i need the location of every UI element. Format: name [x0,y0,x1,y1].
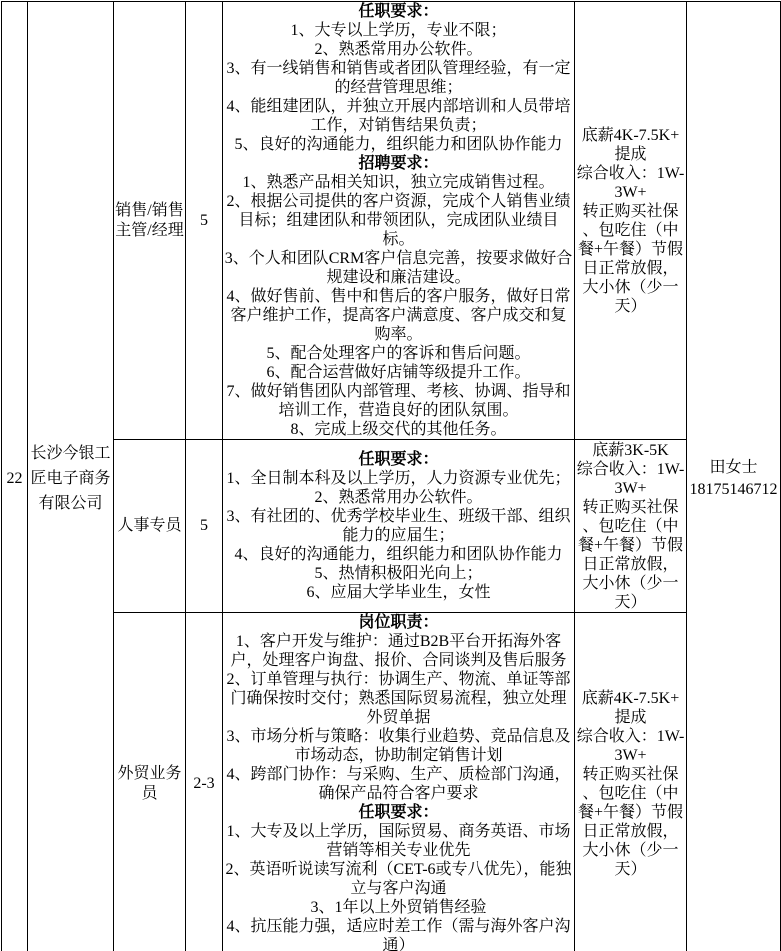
text-line: 综合收入：1W-3W+ [575,460,686,498]
contact-phone: 18175146712 [687,479,780,501]
position-cell-hr: 人事专员 [114,440,186,613]
text-line: 1、全日制本科及以上学历，人力资源专业优先； [223,469,574,488]
text-line: 4、能组建团队，并独立开展内部培训和人员带培工作，对销售结果负责； [223,97,574,135]
text-line: 3、有社团的、优秀学校毕业生、班级干部、组织能力的应届生； [223,507,574,545]
company-name-cell: 长沙今银工匠电子商务有限公司 [28,2,114,951]
text-line: 8、完成上级交代的其他任务。 [223,420,574,439]
row-number-cell: 22 [2,2,28,951]
text-line: 转正购买社保、包吃住（中餐+午餐）节假日正常放假，大小休（少一天） [575,202,686,316]
job-row-hr: 人事专员 5 任职要求：1、全日制本科及以上学历，人力资源专业优先；2、熟悉常用… [2,440,781,613]
text-line: 2、熟悉常用办公软件。 [223,40,574,59]
job-description-cell-foreign-trade: 岗位职责：1、客户开发与维护：通过B2B平台开拓海外客户，处理客户询盘、报价、合… [223,613,575,951]
text-line: 1、客户开发与维护：通过B2B平台开拓海外客户，处理客户询盘、报价、合同谈判及售… [223,632,574,670]
text-line: 1、大专及以上学历，国际贸易、商务英语、市场营销等相关专业优先 [223,822,574,860]
text-line: 4、抗压能力强，适应时差工作（需与海外客户沟通） [223,917,574,951]
headcount-cell-foreign-trade: 2-3 [186,613,223,951]
text-line: 综合收入：1W-3W+ [575,727,686,765]
text-line: 3、市场分析与策略：收集行业趋势、竞品信息及市场动态，协助制定销售计划 [223,727,574,765]
text-line: 2、熟悉常用办公软件。 [223,488,574,507]
job-listings-table: 22 长沙今银工匠电子商务有限公司 销售/销售主管/经理 5 任职要求：1、大专… [1,1,781,951]
job-description-cell-sales: 任职要求：1、大专以上学历，专业不限；2、熟悉常用办公软件。3、有一线销售和销售… [223,2,575,440]
position-cell-sales: 销售/销售主管/经理 [114,2,186,440]
salary-cell-hr: 底薪3K-5K综合收入：1W-3W+转正购买社保、包吃住（中餐+午餐）节假日正常… [575,440,687,613]
text-line: 4、良好的沟通能力，组织能力和团队协作能力 [223,545,574,564]
headcount-cell-hr: 5 [186,440,223,613]
text-line: 5、良好的沟通能力，组织能力和团队协作能力 [223,135,574,154]
text-line: 6、配合运营做好店铺等级提升工作。 [223,363,574,382]
contact-cell: 田女士 18175146712 [687,2,781,951]
text-line: 2、根据公司提供的客户资源，完成个人销售业绩目标；组建团队和带领团队，完成团队业… [223,192,574,249]
text-line: 4、跨部门协作：与采购、生产、质检部门沟通，确保产品符合客户要求 [223,765,574,803]
text-line: 5、配合处理客户的客诉和售后问题。 [223,344,574,363]
text-line: 2、订单管理与执行：协调生产、物流、单证等部门确保按时交付；熟悉国际贸易流程，独… [223,670,574,727]
text-line: 任职要求： [223,2,574,21]
job-description-cell-hr: 任职要求：1、全日制本科及以上学历，人力资源专业优先；2、熟悉常用办公软件。3、… [223,440,575,613]
text-line: 任职要求： [223,803,574,822]
text-line: 综合收入：1W-3W+ [575,164,686,202]
text-line: 转正购买社保、包吃住（中餐+午餐）节假日正常放假，大小休（少一天） [575,498,686,612]
contact-name: 田女士 [687,457,780,479]
text-line: 3、有一线销售和销售或者团队管理经验，有一定的经营管理思维； [223,59,574,97]
salary-cell-sales: 底薪4K-7.5K+提成综合收入：1W-3W+转正购买社保、包吃住（中餐+午餐）… [575,2,687,440]
text-line: 7、做好销售团队内部管理、考核、协调、指导和培训工作，营造良好的团队氛围。 [223,382,574,420]
text-line: 1、大专以上学历，专业不限； [223,21,574,40]
text-line: 岗位职责： [223,613,574,632]
text-line: 底薪4K-7.5K+提成 [575,126,686,164]
text-line: 招聘要求： [223,154,574,173]
position-cell-foreign-trade: 外贸业务员 [114,613,186,951]
job-row-foreign-trade: 外贸业务员 2-3 岗位职责：1、客户开发与维护：通过B2B平台开拓海外客户，处… [2,613,781,951]
text-line: 5、热情积极阳光向上； [223,564,574,583]
text-line: 底薪4K-7.5K+提成 [575,689,686,727]
text-line: 3、个人和团队CRM客户信息完善，按要求做好合规建设和廉洁建设。 [223,249,574,287]
text-line: 6、应届大学毕业生，女性 [223,583,574,602]
text-line: 底薪3K-5K [575,441,686,460]
salary-cell-foreign-trade: 底薪4K-7.5K+提成综合收入：1W-3W+转正购买社保、包吃住（中餐+午餐）… [575,613,687,951]
text-line: 4、做好售前、售中和售后的客户服务，做好日常客户维护工作，提高客户满意度、客户成… [223,287,574,344]
text-line: 3、1年以上外贸销售经验 [223,898,574,917]
job-row-sales: 22 长沙今银工匠电子商务有限公司 销售/销售主管/经理 5 任职要求：1、大专… [2,2,781,440]
text-line: 转正购买社保、包吃住（中餐+午餐）节假日正常放假，大小休（少一天） [575,765,686,879]
headcount-cell-sales: 5 [186,2,223,440]
text-line: 2、英语听说读写流利（CET-6或专八优先），能独立与客户沟通 [223,860,574,898]
text-line: 1、熟悉产品相关知识，独立完成销售过程。 [223,173,574,192]
text-line: 任职要求： [223,450,574,469]
